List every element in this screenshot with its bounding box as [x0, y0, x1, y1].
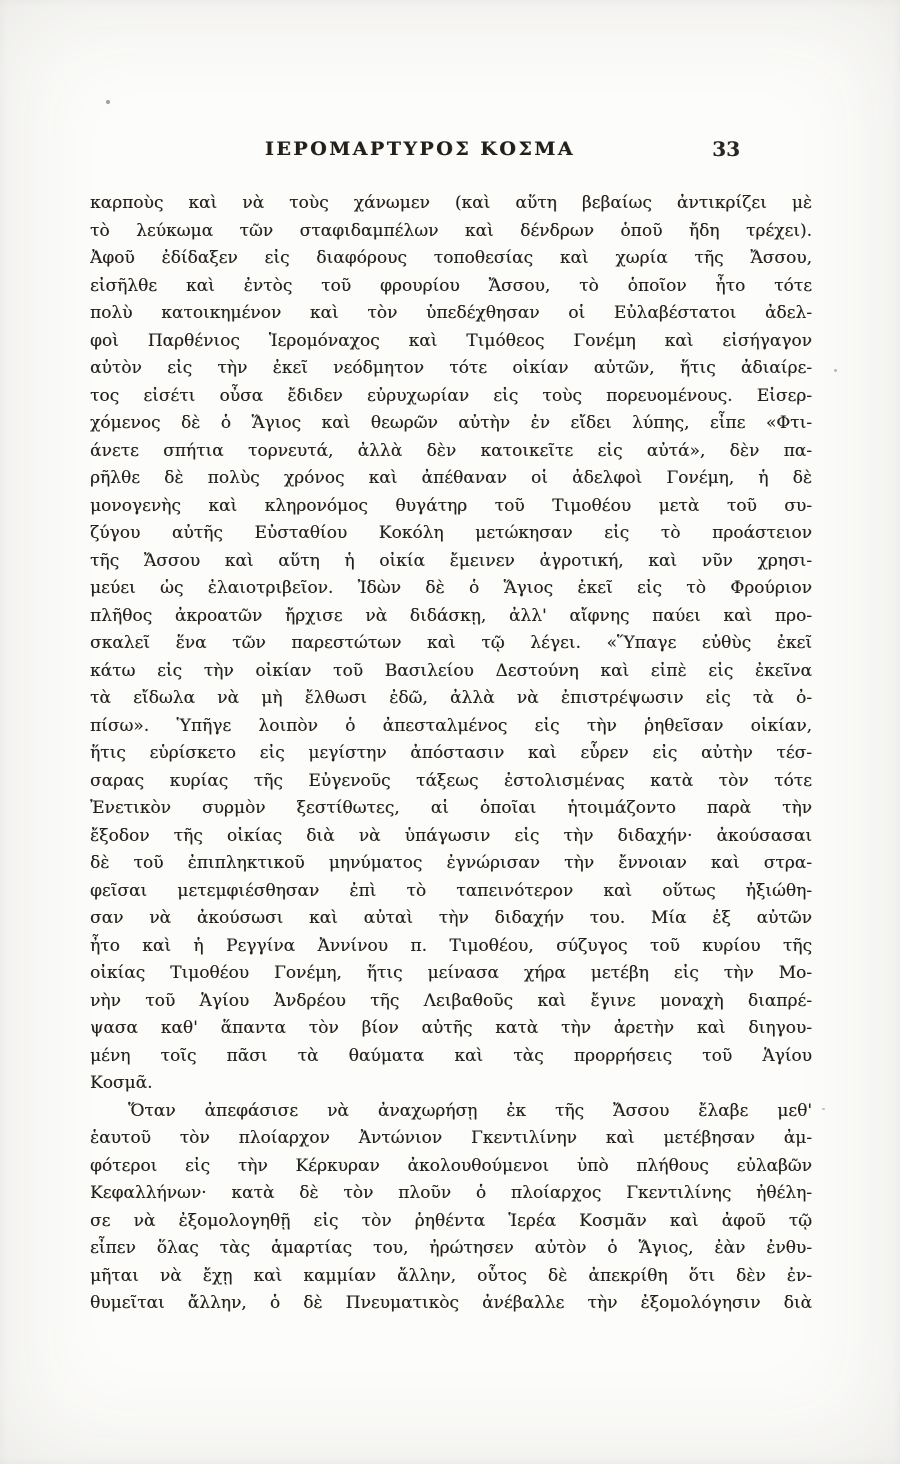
text-line: αὐτὸν εἰς τὴν ἐκεῖ νεόδμητον τότε οἰκίαν… — [90, 355, 812, 383]
text-line: εἶπεν ὅλας τὰς ἁμαρτίας του, ἠρώτησεν αὐ… — [90, 1235, 812, 1263]
text-line: μεύει ὡς ἐλαιοτριβεῖον. Ἰδὼν δὲ ὁ Ἅγιος … — [90, 575, 812, 603]
text-line: Ὅταν ἀπεφάσισε νὰ ἀναχωρήσῃ ἐκ τῆς Ἄσσου… — [90, 1098, 812, 1126]
text-line: πίσω». Ὑπῆγε λοιπὸν ὁ ἀπεσταλμένος εἰς τ… — [90, 713, 812, 741]
text-line: μένη τοῖς πᾶσι τὰ θαύματα καὶ τὰς προρρή… — [90, 1043, 812, 1071]
text-line: μῆται νὰ ἔχῃ καὶ καμμίαν ἄλλην, οὗτος δὲ… — [90, 1263, 812, 1291]
paragraph: καρποὺς καὶ νὰ τοὺς χάνωμεν (καὶ αὕτη βε… — [90, 190, 812, 1098]
text-line: Ἀφοῦ ἐδίδαξεν εἰς διαφόρους τοποθεσίας κ… — [90, 245, 812, 273]
text-line: χόμενος δὲ ὁ Ἅγιος καὶ θεωρῶν αὐτὴν ἐν ε… — [90, 410, 812, 438]
text-line: άνετε σπήτια τορνευτά, ἀλλὰ δὲν κατοικεῖ… — [90, 438, 812, 466]
text-line: Ἐνετικὸν συρμὸν ξεστίθωτες, αἱ ὁποῖαι ἡτ… — [90, 795, 812, 823]
text-block: καρποὺς καὶ νὰ τοὺς χάνωμεν (καὶ αὕτη βε… — [90, 190, 812, 1318]
text-line: φοὶ Παρθένιος Ἱερομόναχος καὶ Τιμόθεος Γ… — [90, 328, 812, 356]
text-line: ἔξοδον τῆς οἰκίας διὰ νὰ ὑπάγωσιν εἰς τὴ… — [90, 823, 812, 851]
text-line: Κεφαλλήνων· κατὰ δὲ τὸν πλοῦν ὁ πλοίαρχο… — [90, 1180, 812, 1208]
text-line: δὲ τοῦ ἐπιπληκτικοῦ μηνύματος ἐγνώρισαν … — [90, 850, 812, 878]
text-line: τος εἰσέτι οὖσα ἔδιδεν εὐρυχωρίαν εἰς το… — [90, 383, 812, 411]
text-line: ἥτις εὑρίσκετο εἰς μεγίστην ἀπόστασιν κα… — [90, 740, 812, 768]
text-line: οἰκίας Τιμοθέου Γονέμη, ἥτις μείνασα χήρ… — [90, 960, 812, 988]
text-line: θυμεῖται ἄλλην, ὁ δὲ Πνευματικὸς ἀνέβαλλ… — [90, 1290, 812, 1318]
scan-speck — [834, 369, 837, 372]
text-line: τῆς Ἄσσου καὶ αὕτη ἡ οἰκία ἔμεινεν ἀγροτ… — [90, 548, 812, 576]
page-number: 33 — [712, 137, 740, 161]
text-line: ἦτο καὶ ἡ Ρεγγίνα Ἀννίνου π. Τιμοθέου, σ… — [90, 933, 812, 961]
text-line: ἑαυτοῦ τὸν πλοίαρχον Ἀντώνιον Γκεντιλίνη… — [90, 1125, 812, 1153]
text-line: σε νὰ ἐξομολογηθῇ εἰς τὸν ῥηθέντα Ἱερέα … — [90, 1208, 812, 1236]
text-line: φότεροι εἰς τὴν Κέρκυραν ἀκολουθούμενοι … — [90, 1153, 812, 1181]
text-line: μονογενὴς καὶ κληρονόμος θυγάτηρ τοῦ Τιμ… — [90, 493, 812, 521]
text-line: πολὺ κατοικημένον καὶ τὸν ὑπεδέχθησαν οἱ… — [90, 300, 812, 328]
text-line: κάτω εἰς τὴν οἰκίαν τοῦ Βασιλείου Δεστού… — [90, 658, 812, 686]
text-line: ρῆλθε δὲ πολὺς χρόνος καὶ ἀπέθαναν οἱ ἀδ… — [90, 465, 812, 493]
scanned-book-page: ΙΕΡΟΜΑΡΤΥΡΟΣ ΚΟΣΜΑ 33 καρποὺς καὶ νὰ τοὺ… — [0, 0, 900, 1464]
text-line: πλῆθος ἀκροατῶν ἤρχισε νὰ διδάσκῃ, ἀλλ' … — [90, 603, 812, 631]
text-line: εἰσῆλθε καὶ ἐντὸς τοῦ φρουρίου Ἄσσου, τὸ… — [90, 273, 812, 301]
text-line: ζύγου αὐτῆς Εὐσταθίου Κοκόλη μετώκησαν ε… — [90, 520, 812, 548]
text-line: τὸ λεύκωμα τῶν σταφιδαμπέλων καὶ δένδρων… — [90, 218, 812, 246]
scan-speck — [106, 100, 110, 104]
text-line: τὰ εἴδωλα νὰ μὴ ἔλθωσι ἐδῶ, ἀλλὰ νὰ ἐπισ… — [90, 685, 812, 713]
text-line: σαρας κυρίας τῆς Εὐγενοῦς τάξεως ἐστολισ… — [90, 768, 812, 796]
text-line: φεῖσαι μετεμφιέσθησαν ἐπὶ τὸ ταπεινότερο… — [90, 878, 812, 906]
text-line: καρποὺς καὶ νὰ τοὺς χάνωμεν (καὶ αὕτη βε… — [90, 190, 812, 218]
text-line: ψασα καθ' ἅπαντα τὸν βίον αὐτῆς κατὰ τὴν… — [90, 1015, 812, 1043]
text-line: σαν νὰ ἀκούσωσι καὶ αὐταὶ τὴν διδαχήν το… — [90, 905, 812, 933]
paragraph: Ὅταν ἀπεφάσισε νὰ ἀναχωρήσῃ ἐκ τῆς Ἄσσου… — [90, 1098, 812, 1318]
text-line: σκαλεῖ ἕνα τῶν παρεστώτων καὶ τῷ λέγει. … — [90, 630, 812, 658]
text-line: νὴν τοῦ Ἁγίου Ἀνδρέου τῆς Λειβαθοῦς καὶ … — [90, 988, 812, 1016]
scan-speck — [822, 1108, 825, 1110]
text-line: Κοσμᾶ. — [90, 1070, 812, 1098]
